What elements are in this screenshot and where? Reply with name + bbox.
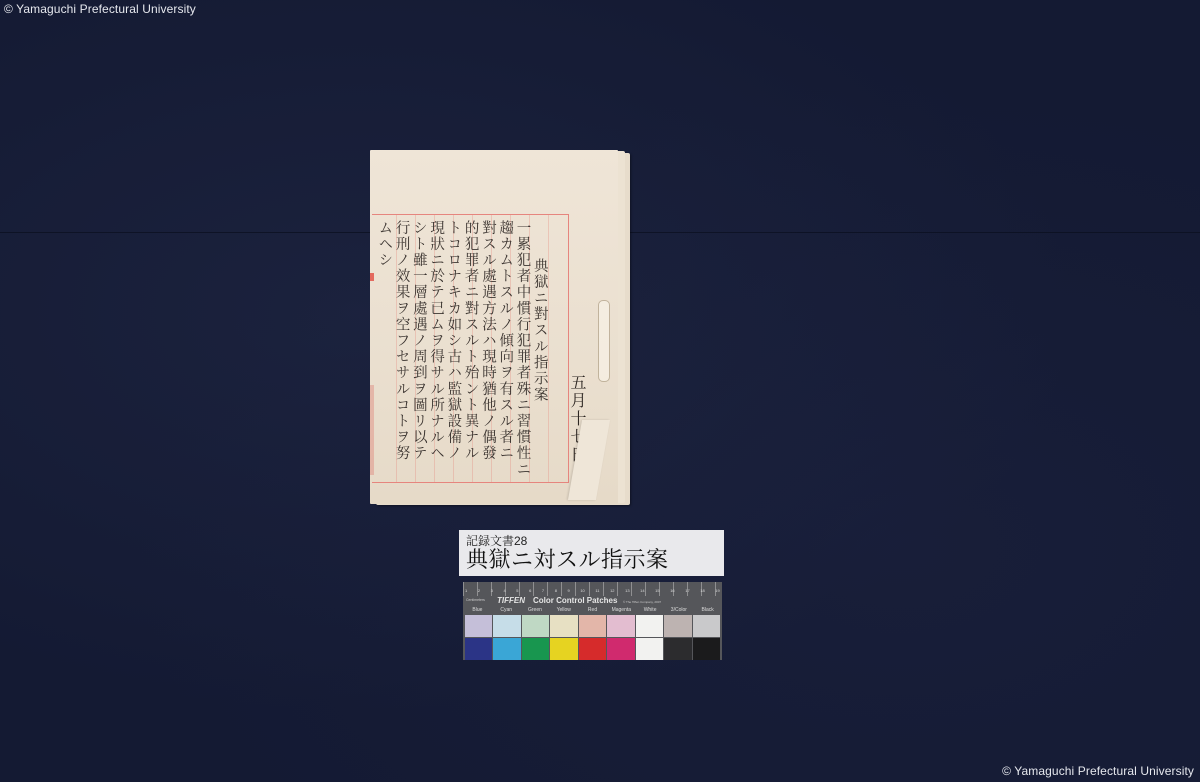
text-column: 現狀ニ於テ已ムヲ得サル所ナルヘ xyxy=(428,220,445,475)
color-control-chart: 12345678910111213141516171819 Centimeter… xyxy=(463,582,722,660)
patch-name: Red xyxy=(578,607,607,613)
color-patch-magenta xyxy=(607,615,634,637)
color-patch-green xyxy=(522,638,549,660)
chart-brand: TIFFEN xyxy=(497,596,525,605)
ruler-number: 18 xyxy=(700,588,704,593)
text-column: 的犯罪者ニ對スルト殆ント異ナル xyxy=(462,220,479,475)
color-patch-3-color xyxy=(664,638,691,660)
patch-name: Magenta xyxy=(607,607,636,613)
patch-name: Cyan xyxy=(492,607,521,613)
text-column: 對スル處遇方法ハ現時猶他ノ偶發 xyxy=(480,220,497,475)
ruler-number: 19 xyxy=(715,588,719,593)
patch-name: Yellow xyxy=(549,607,578,613)
vertical-text-body: 典獄ニ對スル指示案 一累犯者中慣行犯罪者殊ニ習慣性ニ 趨カムトスルノ傾向ヲ有スル… xyxy=(376,220,566,475)
ruler-number: 1 xyxy=(465,588,467,593)
document-heading: 典獄ニ對スル指示案 xyxy=(531,220,548,475)
text-column: 一累犯者中慣行犯罪者殊ニ習慣性ニ xyxy=(514,220,531,475)
ruler-number: 7 xyxy=(542,588,544,593)
color-patch-white xyxy=(636,615,663,637)
color-patch-white xyxy=(636,638,663,660)
ruler-number: 10 xyxy=(580,588,584,593)
ruler-number: 14 xyxy=(640,588,644,593)
copyright-credit-bottom: © Yamaguchi Prefectural University xyxy=(1002,764,1194,778)
ruler-number: 16 xyxy=(670,588,674,593)
ruler-number: 13 xyxy=(625,588,629,593)
text-column: トコロナキカ如シ古ハ監獄設備ノ xyxy=(445,220,462,475)
ruler-number: 9 xyxy=(568,588,570,593)
ruler-number: 8 xyxy=(555,588,557,593)
binding-string xyxy=(598,300,610,382)
ruler-number: 6 xyxy=(529,588,531,593)
ruler-number: 5 xyxy=(516,588,518,593)
patch-name: White xyxy=(636,607,665,613)
ruler-number: 15 xyxy=(655,588,659,593)
chart-title: Color Control Patches xyxy=(533,596,617,605)
red-stamp-mark xyxy=(370,385,374,475)
color-patch-red xyxy=(579,638,606,660)
color-patch-yellow xyxy=(550,638,577,660)
units-label: Centimeters xyxy=(466,598,485,602)
color-patch-red xyxy=(579,615,606,637)
color-patch-cyan xyxy=(493,615,520,637)
chart-company: © The Tiffen Company, 2007 xyxy=(623,600,661,604)
patch-names: BlueCyanGreenYellowRedMagentaWhite3/Colo… xyxy=(463,607,722,613)
text-column: ムヘシ xyxy=(376,220,393,475)
ruler-number: 3 xyxy=(491,588,493,593)
patch-name: Black xyxy=(693,607,722,613)
copyright-credit-top: © Yamaguchi Prefectural University xyxy=(4,2,196,16)
patch-name: 3/Color xyxy=(664,607,693,613)
red-seal-mark xyxy=(370,273,374,281)
color-patch-black xyxy=(693,638,720,660)
ruler-number: 12 xyxy=(610,588,614,593)
ruler-number: 2 xyxy=(478,588,480,593)
text-column: 趨カムトスルノ傾向ヲ有スル者ニ xyxy=(497,220,514,475)
catalog-id: 記録文書28 xyxy=(466,534,724,548)
color-patch-3-color xyxy=(664,615,691,637)
color-patch-yellow xyxy=(550,615,577,637)
color-patches xyxy=(465,615,720,660)
color-patch-blue xyxy=(465,638,492,660)
blank-column xyxy=(549,220,566,475)
color-patch-black xyxy=(693,615,720,637)
color-patch-blue xyxy=(465,615,492,637)
color-patch-green xyxy=(522,615,549,637)
ruler-number: 11 xyxy=(595,588,599,593)
patch-name: Blue xyxy=(463,607,492,613)
ruler-numbers: 12345678910111213141516171819 xyxy=(465,588,720,593)
catalog-title: 典獄ニ対スル指示案 xyxy=(466,548,724,574)
text-column: 行刑ノ效果ヲ空フセサルコトヲ努 xyxy=(393,220,410,475)
ruler-number: 17 xyxy=(685,588,689,593)
color-patch-cyan xyxy=(493,638,520,660)
catalog-label: 記録文書28 典獄ニ対スル指示案 xyxy=(459,530,724,576)
document-front-page: 典獄ニ對スル指示案 一累犯者中慣行犯罪者殊ニ習慣性ニ 趨カムトスルノ傾向ヲ有スル… xyxy=(370,150,618,504)
text-column: シト雖一層處遇ノ周到ヲ圖リ以テ xyxy=(411,220,428,475)
ruler-number: 4 xyxy=(503,588,505,593)
archival-document: 典獄ニ對スル指示案 一累犯者中慣行犯罪者殊ニ習慣性ニ 趨カムトスルノ傾向ヲ有スル… xyxy=(370,150,628,505)
color-patch-magenta xyxy=(607,638,634,660)
patch-name: Green xyxy=(521,607,550,613)
